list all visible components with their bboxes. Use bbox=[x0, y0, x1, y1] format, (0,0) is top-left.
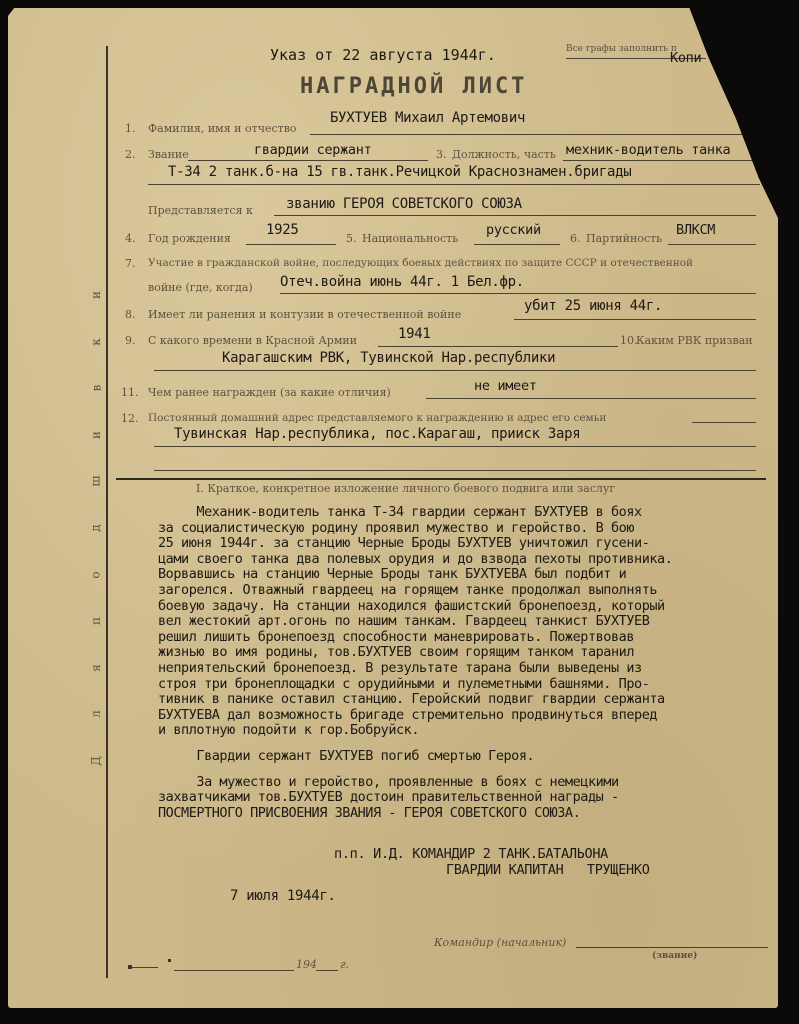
margin-letter: Д bbox=[89, 756, 103, 766]
field-5-number: 5. bbox=[346, 232, 357, 245]
feat-line: строя три бронеплощадки с орудийными и п… bbox=[158, 677, 778, 693]
field-2-label: Звание bbox=[148, 148, 189, 161]
date-template-year: 194 bbox=[296, 958, 317, 971]
margin-letter: к bbox=[89, 338, 103, 346]
field-3-value-line2: Т-34 2 танк.б-на 15 гв.танк.Речицкой Кра… bbox=[168, 164, 631, 180]
field-9-line bbox=[378, 346, 618, 347]
margin-letter: в bbox=[89, 385, 103, 392]
rank-caption: (звание) bbox=[652, 951, 697, 961]
margin-letter: и bbox=[89, 431, 103, 439]
field-12-number: 12. bbox=[121, 412, 139, 425]
award-sheet-paper: Д л я п о д ш и в к и Указ от 22 августа… bbox=[8, 8, 778, 1008]
margin-letter: п bbox=[89, 617, 103, 625]
copy-mark: Копи bbox=[670, 50, 701, 66]
conclusion-line: ПОСМЕРТНОГО ПРИСВОЕНИЯ ЗВАНИЯ - ГЕРОЯ СО… bbox=[158, 806, 778, 822]
commander-label: Командир (начальник) bbox=[434, 936, 566, 949]
feat-line: неприятельский бронепоезд. В результате … bbox=[158, 661, 778, 677]
field-8-value: убит 25 июня 44г. bbox=[524, 298, 662, 314]
date-template-suffix: г. bbox=[340, 958, 349, 971]
feat-line: Механик-водитель танка Т-34 гвардии серж… bbox=[158, 505, 778, 521]
field-11-label: Чем ранее награжден (за какие отличия) bbox=[148, 386, 391, 399]
field-6-line bbox=[668, 244, 756, 245]
presented-line bbox=[274, 215, 756, 216]
field-11-value: не имеет bbox=[474, 378, 537, 394]
field-6-number: 6. bbox=[570, 232, 581, 245]
field-4-value: 1925 bbox=[266, 222, 299, 238]
feat-line: решил лишить бронепоезд способности мане… bbox=[158, 630, 778, 646]
feat-line: Ворвавшись на станцию Черные Броды танк … bbox=[158, 567, 778, 583]
field-6-value: ВЛКСМ bbox=[676, 222, 715, 238]
field-5-line bbox=[474, 244, 560, 245]
feat-line: за социалистическую родину проявил мужес… bbox=[158, 521, 778, 537]
field-3-line bbox=[563, 160, 755, 161]
decree-line: Указ от 22 августа 1944г. bbox=[270, 46, 496, 64]
feat-line: цами своего танка два полевых орудия и д… bbox=[158, 552, 778, 568]
conclusion-line: захватчиками тов.БУХТУЕВ достоин правите… bbox=[158, 790, 778, 806]
field-2-value: гвардии сержант bbox=[254, 142, 371, 158]
feat-line: и вплотную подойти к гор.Бобруйск. bbox=[158, 723, 778, 739]
presented-value: званию ГЕРОЯ СОВЕТСКОГО СОЮЗА bbox=[286, 196, 522, 212]
feat-line: БУХТУЕВА дал возможность бригаде стремит… bbox=[158, 708, 778, 724]
field-10-value: Карагашским РВК, Тувинской Нар.республик… bbox=[222, 350, 555, 366]
field-7-value: Отеч.война июнь 44г. 1 Бел.фр. bbox=[280, 274, 524, 290]
field-8-number: 8. bbox=[125, 308, 136, 321]
signature-line-2: ГВАРДИИ КАПИТАН ТРУЩЕНКО bbox=[446, 862, 650, 878]
date-template-dot bbox=[168, 959, 171, 962]
margin-letter: о bbox=[89, 571, 103, 578]
section-divider bbox=[116, 478, 766, 480]
document-title: НАГРАДНОЙ ЛИСТ bbox=[300, 74, 527, 99]
presented-label: Представляется к bbox=[148, 204, 253, 217]
margin-letter: д bbox=[89, 524, 103, 531]
field-6-label: Партийность bbox=[586, 232, 662, 245]
field-1-line bbox=[310, 134, 750, 135]
field-8-line bbox=[514, 319, 756, 320]
field-9-label: С какого времени в Красной Армии bbox=[148, 334, 357, 347]
field-5-value: русский bbox=[486, 222, 541, 238]
field-2-line bbox=[188, 160, 428, 161]
field-3-label: Должность, часть bbox=[452, 148, 556, 161]
binding-margin-line bbox=[106, 46, 108, 978]
field-4-number: 4. bbox=[125, 232, 136, 245]
feat-line: загорелся. Отважный гвардеец на горящем … bbox=[158, 583, 778, 599]
field-1-number: 1. bbox=[125, 122, 136, 135]
conclusion-line: За мужество и геройство, проявленные в б… bbox=[158, 775, 778, 791]
field-12-line3 bbox=[154, 470, 756, 471]
binding-margin-label: Д л я п о д ш и в к и bbox=[86, 288, 106, 768]
signature-date: 7 июля 1944г. bbox=[230, 888, 336, 904]
feat-line: 25 июня 1944г. за станцию Черные Броды Б… bbox=[158, 536, 778, 552]
field-11-number: 11. bbox=[121, 386, 139, 399]
date-template-day-line bbox=[132, 967, 158, 968]
field-7-label-line2: войне (где, когда) bbox=[148, 281, 253, 294]
field-10-label: Каким РВК призван bbox=[636, 334, 753, 347]
field-9-number: 9. bbox=[125, 334, 136, 347]
field-4-label: Год рождения bbox=[148, 232, 231, 245]
field-12-line2 bbox=[154, 446, 756, 447]
field-3-value: мехник-водитель танка bbox=[566, 142, 730, 158]
field-1-value: БУХТУЕВ Михаил Артемович bbox=[330, 110, 525, 126]
field-9-value: 1941 bbox=[398, 326, 431, 342]
field-10-number: 10. bbox=[620, 334, 638, 347]
margin-letter: ш bbox=[89, 476, 103, 487]
field-12-value: Тувинская Нар.республика, пос.Карагаш, п… bbox=[174, 426, 580, 442]
field-12-label: Постоянный домашний адрес представляемог… bbox=[148, 412, 606, 424]
signature-line-1: п.п. И.Д. КОМАНДИР 2 ТАНК.БАТАЛЬОНА bbox=[334, 846, 608, 862]
margin-letter: и bbox=[89, 291, 103, 299]
field-2-number: 2. bbox=[125, 148, 136, 161]
field-7-line bbox=[280, 293, 756, 294]
field-3-line2 bbox=[148, 184, 760, 185]
field-1-label: Фамилия, имя и отчество bbox=[148, 122, 297, 135]
section-heading: I. Краткое, конкретное изложение личного… bbox=[196, 482, 615, 495]
feat-line: вел жестокий арт.огонь по нашим танкам. … bbox=[158, 614, 778, 630]
instruction-text: Все графы заполнить п bbox=[566, 44, 677, 54]
margin-letter: л bbox=[89, 711, 103, 719]
feat-line: боевую задачу. На станции находился фаши… bbox=[158, 599, 778, 615]
date-template-month-line bbox=[174, 970, 294, 971]
feat-description: Механик-водитель танка Т-34 гвардии серж… bbox=[158, 505, 778, 821]
commander-signature-line bbox=[576, 947, 768, 948]
feat-line: тивник в панике оставил станцию. Геройск… bbox=[158, 692, 778, 708]
field-7-number: 7. bbox=[125, 257, 136, 270]
field-12-line bbox=[692, 422, 756, 423]
field-7-label: Участие в гражданской войне, последующих… bbox=[148, 257, 693, 269]
field-3-number: 3. bbox=[436, 148, 447, 161]
date-template-year-line bbox=[316, 970, 338, 971]
death-line: Гвардии сержант БУХТУЕВ погиб смертью Ге… bbox=[158, 749, 778, 765]
field-10-line bbox=[154, 370, 756, 371]
margin-letter: я bbox=[89, 664, 103, 672]
field-11-line bbox=[426, 398, 756, 399]
field-5-label: Национальность bbox=[362, 232, 458, 245]
field-4-line bbox=[246, 244, 336, 245]
feat-line: жизнью во имя родины, тов.БУХТУЕВ своим … bbox=[158, 645, 778, 661]
field-8-label: Имеет ли ранения и контузии в отечествен… bbox=[148, 308, 461, 321]
